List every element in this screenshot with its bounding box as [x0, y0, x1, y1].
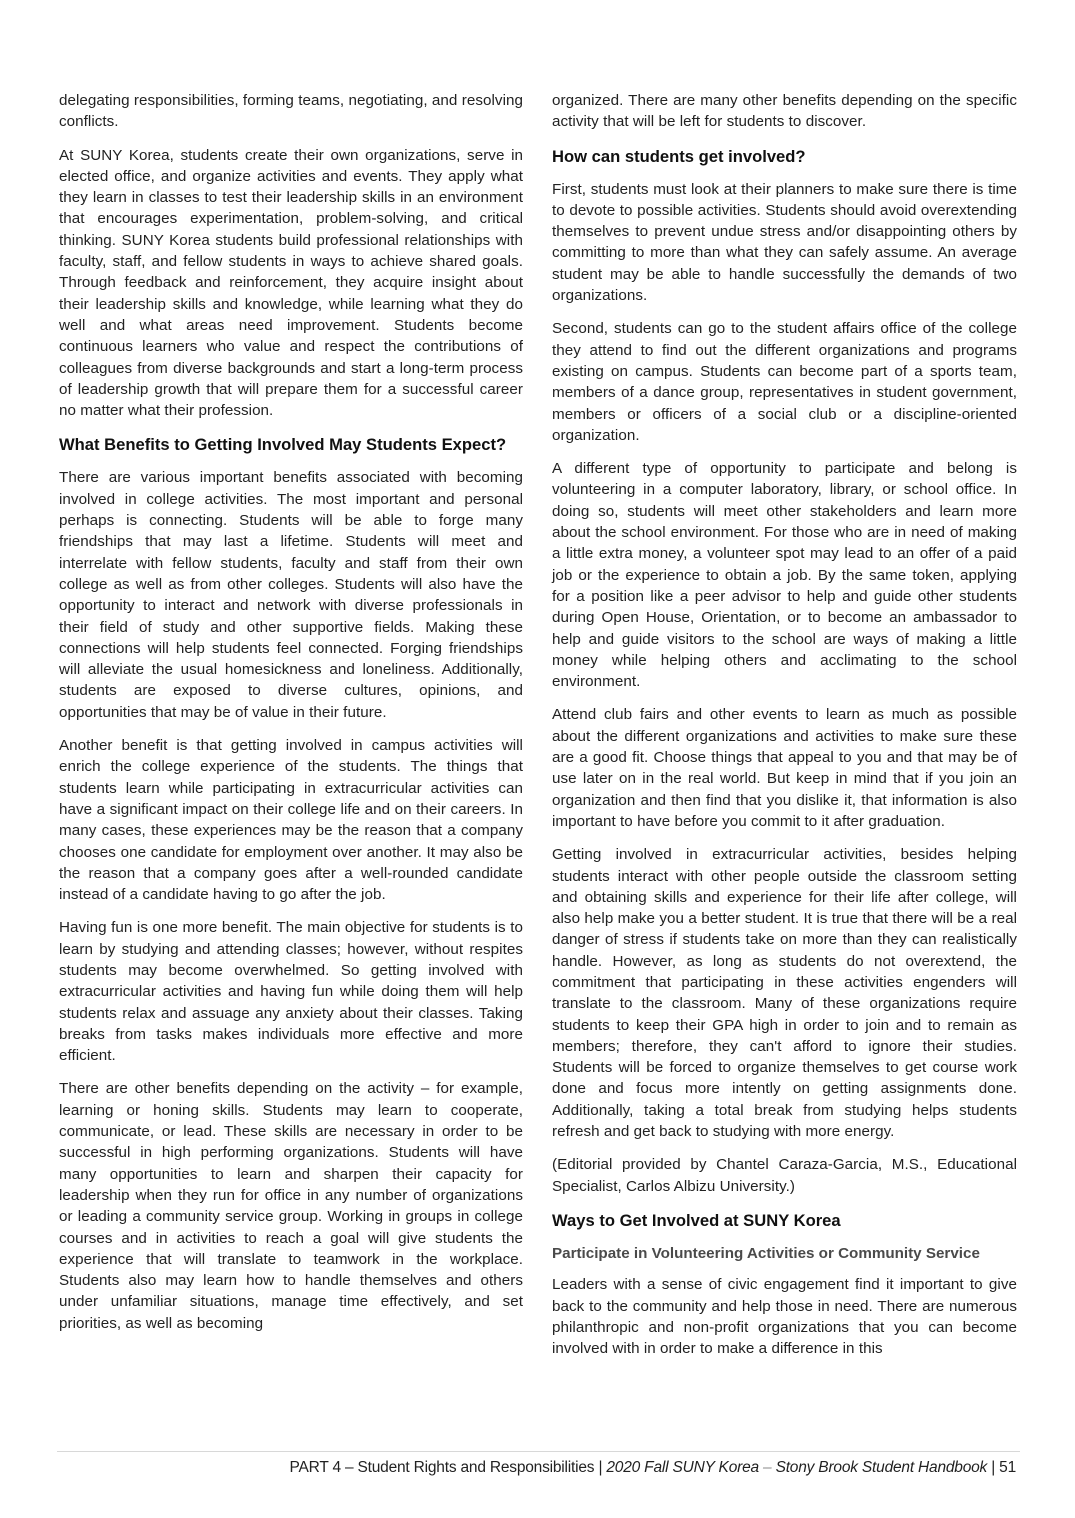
section-heading: What Benefits to Getting Involved May St…	[59, 433, 523, 457]
paragraph: A different type of opportunity to parti…	[552, 458, 1017, 692]
paragraph: First, students must look at their plann…	[552, 179, 1017, 307]
paragraph: There are various important benefits ass…	[59, 467, 523, 723]
paragraph: Second, students can go to the student a…	[552, 318, 1017, 446]
paragraph: organized. There are many other benefits…	[552, 90, 1017, 133]
footer-separator: |	[987, 1459, 999, 1476]
page-number: 51	[999, 1459, 1016, 1476]
section-heading: Ways to Get Involved at SUNY Korea	[552, 1209, 1017, 1233]
footer-title-dash: –	[759, 1459, 776, 1476]
page-footer: PART 4 – Student Rights and Responsibili…	[290, 1459, 1016, 1477]
paragraph: Another benefit is that getting involved…	[59, 735, 523, 905]
editorial-credit: (Editorial provided by Chantel Caraza-Ga…	[552, 1154, 1017, 1197]
paragraph: delegating responsibilities, forming tea…	[59, 90, 523, 133]
right-column: organized. There are many other benefits…	[552, 90, 1017, 1372]
paragraph: At SUNY Korea, students create their own…	[59, 145, 523, 422]
paragraph: There are other benefits depending on th…	[59, 1078, 523, 1334]
subsection-heading: Participate in Volunteering Activities o…	[552, 1243, 1017, 1265]
left-column: delegating responsibilities, forming tea…	[59, 90, 523, 1346]
paragraph: Leaders with a sense of civic engagement…	[552, 1274, 1017, 1359]
footer-separator: |	[594, 1459, 606, 1476]
section-heading: How can students get involved?	[552, 145, 1017, 169]
footer-title: 2020 Fall SUNY Korea	[606, 1459, 759, 1476]
footer-section: PART 4 – Student Rights and Responsibili…	[290, 1459, 595, 1476]
paragraph: Attend club fairs and other events to le…	[552, 704, 1017, 832]
footer-divider	[57, 1451, 1020, 1452]
paragraph: Getting involved in extracurricular acti…	[552, 844, 1017, 1142]
footer-title-2: Stony Brook Student Handbook	[776, 1459, 988, 1476]
paragraph: Having fun is one more benefit. The main…	[59, 917, 523, 1066]
